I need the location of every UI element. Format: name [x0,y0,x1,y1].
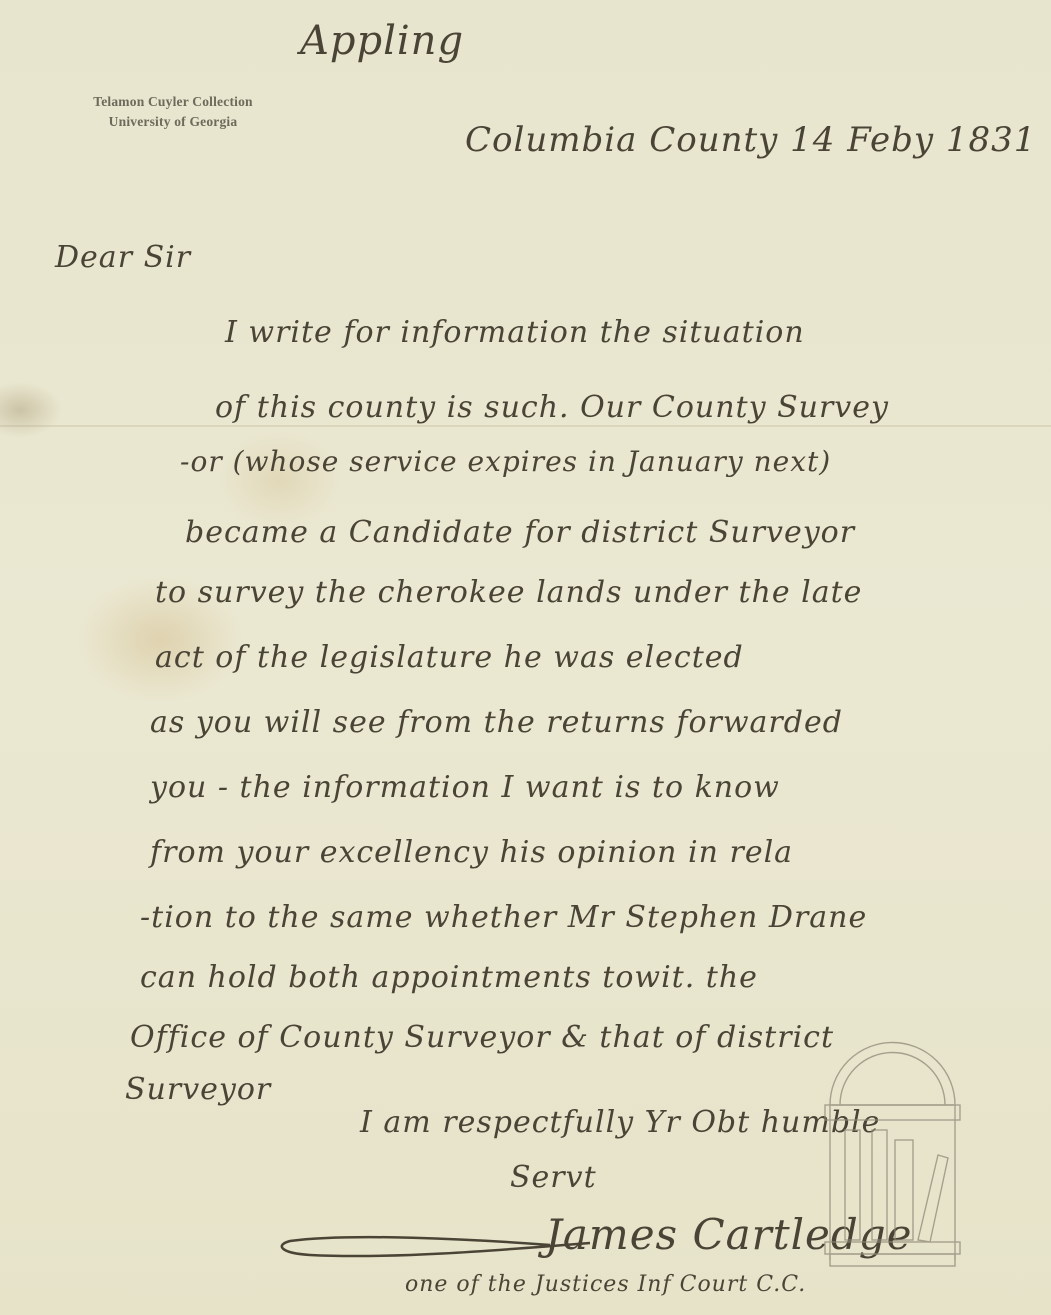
body-line: became a Candidate for district Surveyor [185,515,855,550]
dateline: Columbia County 14 Feby 1831 [465,120,1036,160]
salutation: Dear Sir [55,240,191,275]
signature-title: one of the Justices Inf Court C.C. [405,1272,806,1297]
archive-stamp-line2: University of Georgia [58,112,288,132]
body-line: can hold both appointments towit. the [140,960,758,995]
body-line: I write for information the situation [225,315,805,350]
body-line: as you will see from the returns forward… [150,705,843,740]
archive-stamp: Telamon Cuyler Collection University of … [58,92,288,132]
body-line: Surveyor [125,1072,271,1107]
archive-stamp-line1: Telamon Cuyler Collection [58,92,288,112]
closing-servant: Servt [510,1160,597,1195]
body-line: of this county is such. Our County Surve… [215,390,889,425]
body-line: -tion to the same whether Mr Stephen Dra… [140,900,867,935]
library-seal-icon [760,1010,1030,1300]
body-line: from your excellency his opinion in rela [150,835,793,870]
body-line: to survey the cherokee lands under the l… [155,575,862,610]
body-line: act of the legislature he was elected [155,640,744,675]
body-line: you - the information I want is to know [150,770,780,805]
fold-line [0,425,1051,427]
body-line: Office of County Surveyor & that of dist… [130,1020,834,1055]
place-note: Appling [300,18,464,64]
body-line: -or (whose service expires in January ne… [180,445,831,478]
